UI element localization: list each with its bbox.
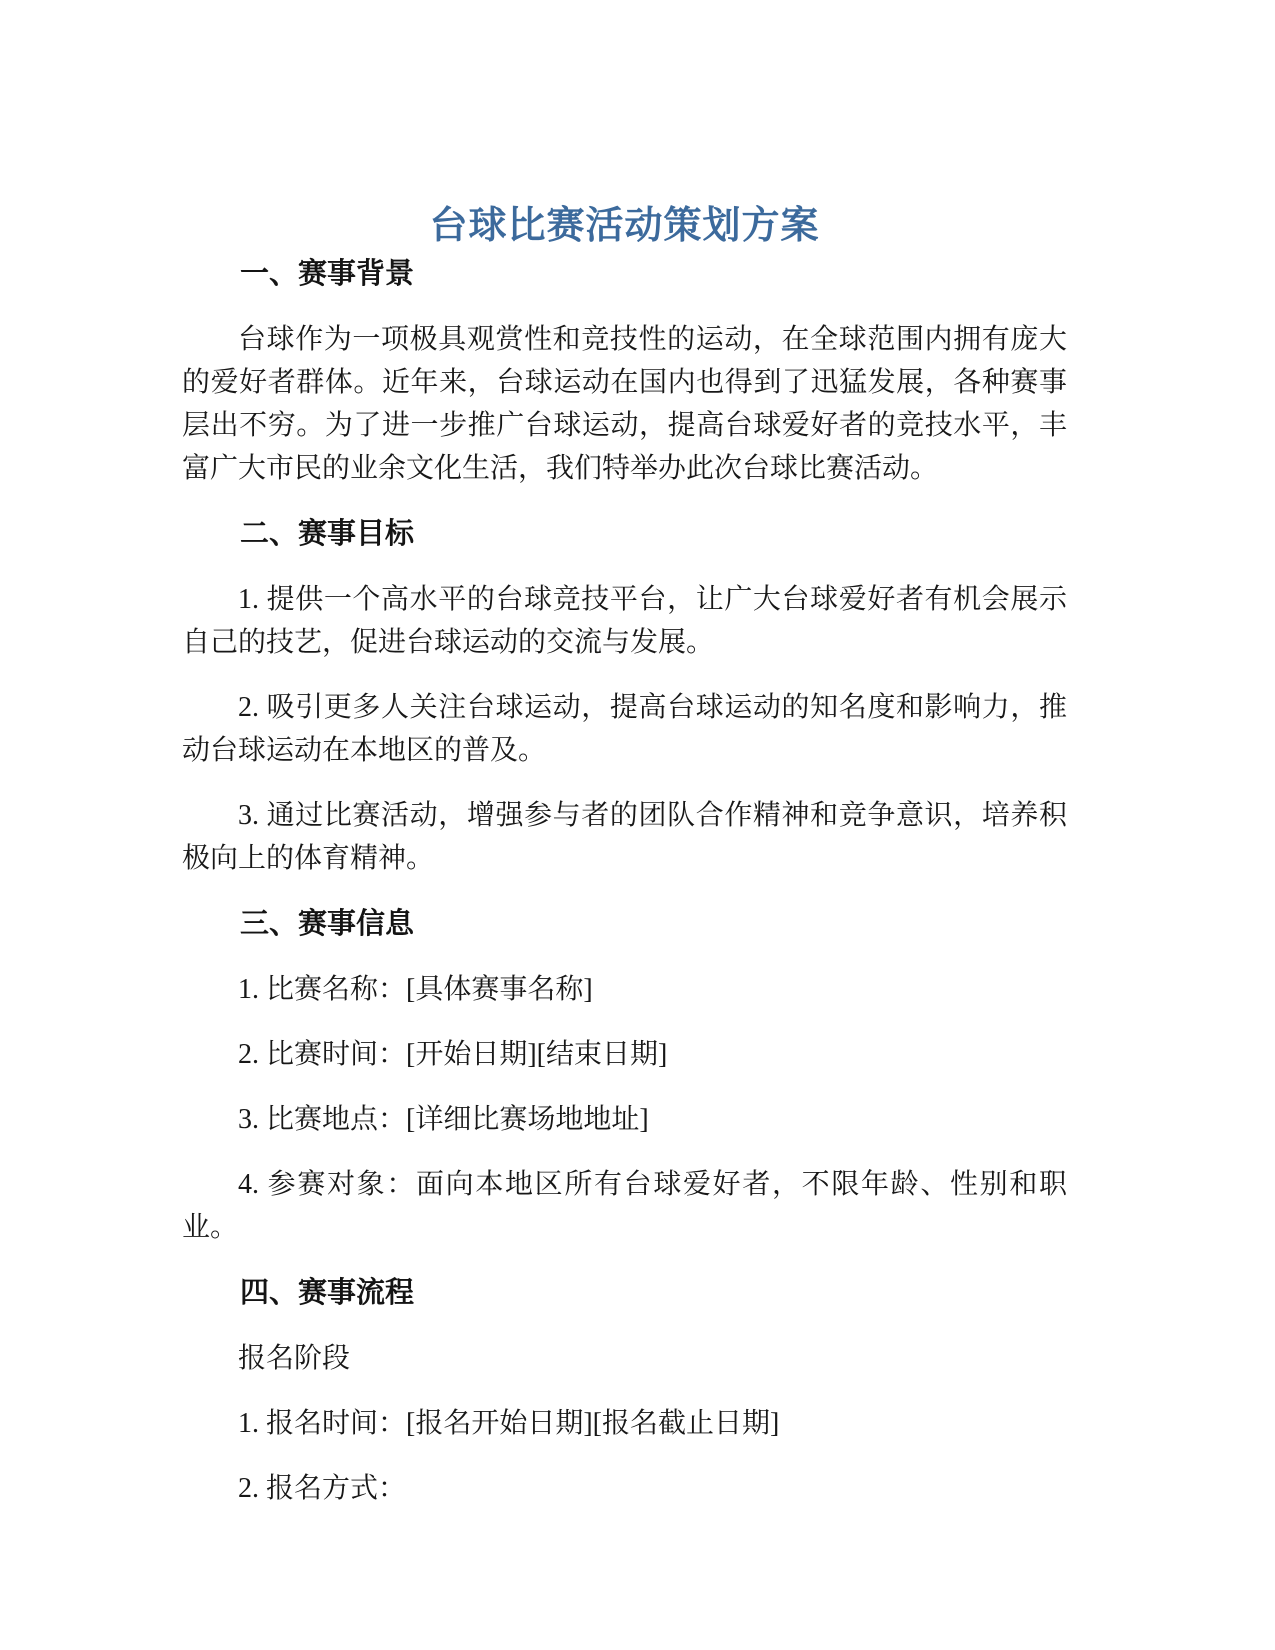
paragraph: 1. 报名时间：[报名开始日期][报名截止日期] xyxy=(182,1402,1067,1445)
document-title: 台球比赛活动策划方案 xyxy=(182,204,1067,248)
section-event-process: 四、赛事流程 报名阶段 1. 报名时间：[报名开始日期][报名截止日期] 2. … xyxy=(182,1271,1067,1510)
paragraph: 2. 吸引更多人关注台球运动，提高台球运动的知名度和影响力，推动台球运动在本地区… xyxy=(182,686,1067,772)
paragraph: 3. 通过比赛活动，增强参与者的团队合作精神和竞争意识，培养积极向上的体育精神。 xyxy=(182,794,1067,880)
section-event-background: 一、赛事背景 台球作为一项极具观赏性和竞技性的运动，在全球范围内拥有庞大的爱好者… xyxy=(182,252,1067,490)
paragraph: 1. 比赛名称：[具体赛事名称] xyxy=(182,968,1067,1011)
section-heading: 一、赛事背景 xyxy=(182,252,1067,296)
section-heading: 三、赛事信息 xyxy=(182,902,1067,946)
paragraph: 3. 比赛地点：[详细比赛场地地址] xyxy=(182,1098,1067,1141)
section-heading: 二、赛事目标 xyxy=(182,512,1067,556)
paragraph: 2. 报名方式： xyxy=(182,1467,1067,1510)
document-page: 台球比赛活动策划方案 一、赛事背景 台球作为一项极具观赏性和竞技性的运动，在全球… xyxy=(0,0,1275,1650)
paragraph: 2. 比赛时间：[开始日期][结束日期] xyxy=(182,1033,1067,1076)
paragraph: 报名阶段 xyxy=(182,1337,1067,1380)
section-event-goals: 二、赛事目标 1. 提供一个高水平的台球竞技平台，让广大台球爱好者有机会展示自己… xyxy=(182,512,1067,880)
paragraph: 4. 参赛对象：面向本地区所有台球爱好者，不限年龄、性别和职业。 xyxy=(182,1163,1067,1249)
paragraph: 1. 提供一个高水平的台球竞技平台，让广大台球爱好者有机会展示自己的技艺，促进台… xyxy=(182,578,1067,664)
paragraph: 台球作为一项极具观赏性和竞技性的运动，在全球范围内拥有庞大的爱好者群体。近年来，… xyxy=(182,318,1067,490)
section-heading: 四、赛事流程 xyxy=(182,1271,1067,1315)
section-event-info: 三、赛事信息 1. 比赛名称：[具体赛事名称] 2. 比赛时间：[开始日期][结… xyxy=(182,902,1067,1249)
